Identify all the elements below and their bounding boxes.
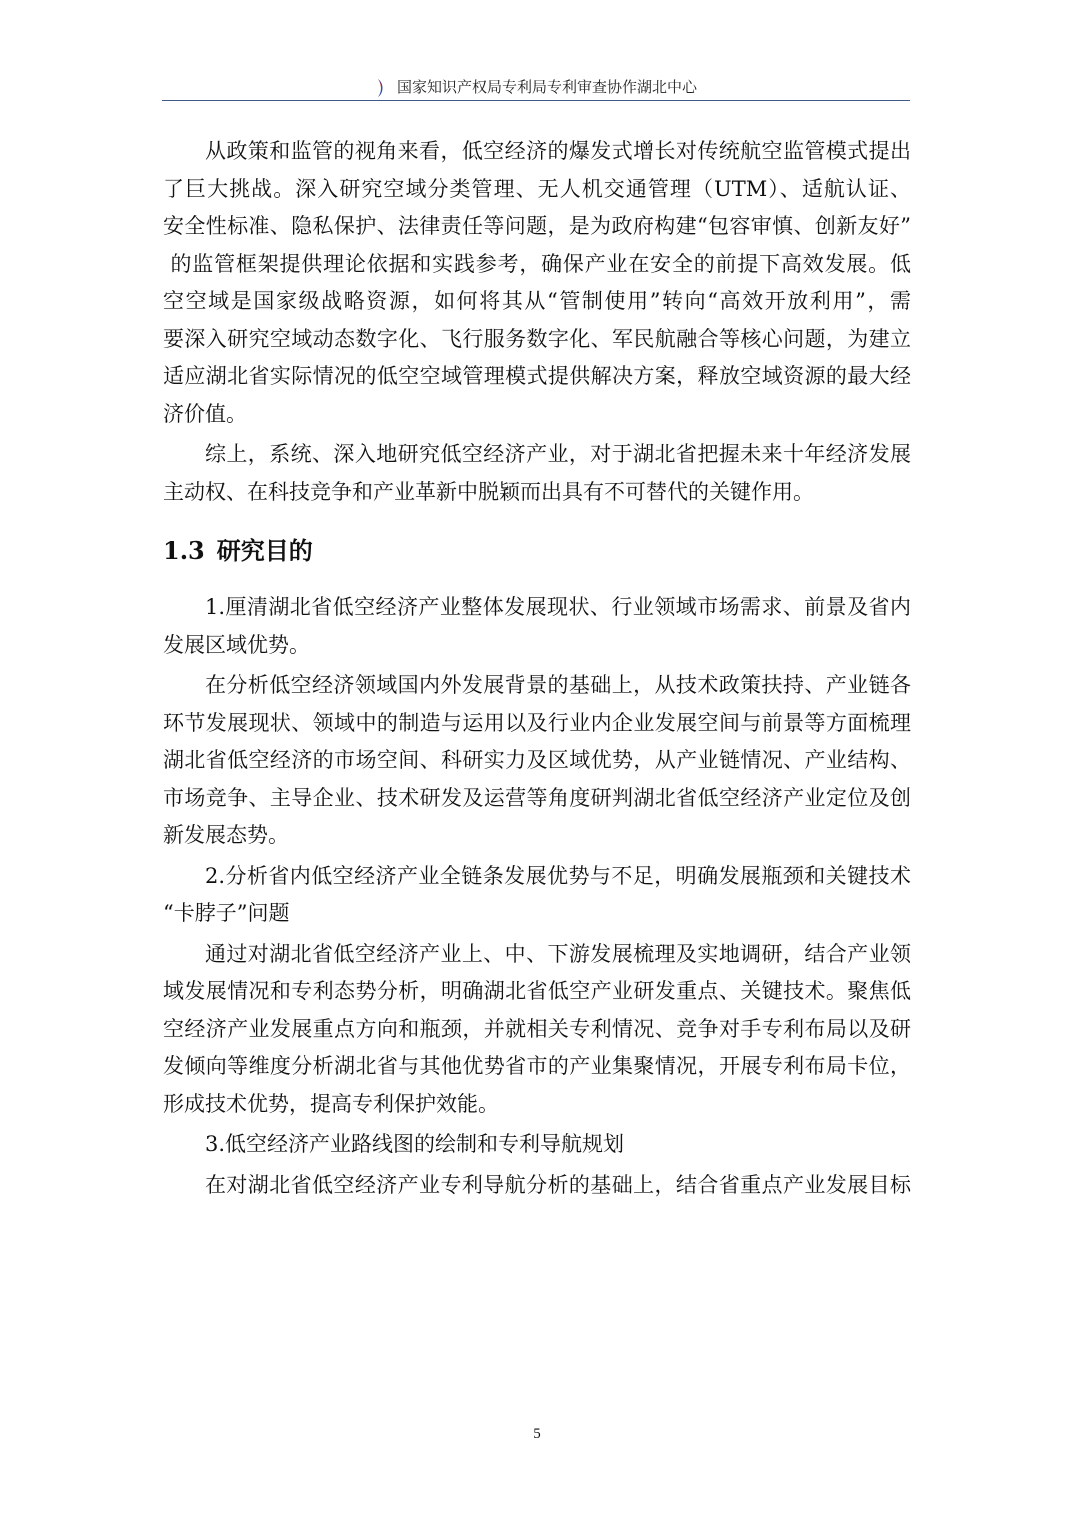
paragraph-goal-1-detail: 在分析低空经济领域国内外发展背景的基础上，从技术政策扶持、产业链各 环节发展现状… — [163, 667, 911, 855]
text-line: 环节发展现状、领域中的制造与运用以及行业内企业发展空间与前景等方面梳理 — [163, 705, 911, 743]
text-line: 了巨大挑战。深入研究空域分类管理、无人机交通管理（UTM）、适航认证、 — [163, 171, 911, 209]
paragraph-policy: 从政策和监管的视角来看，低空经济的爆发式增长对传统航空监管模式提出 了巨大挑战。… — [163, 133, 911, 433]
paragraph-goal-2: 2.分析省内低空经济产业全链条发展优势与不足，明确发展瓶颈和关键技术 “卡脖子”… — [163, 858, 911, 933]
text-line: 新发展态势。 — [163, 817, 911, 855]
header-title: 国家知识产权局专利局专利审查协作湖北中心 — [397, 78, 697, 96]
text-line: 市场竞争、主导企业、技术研发及运营等角度研判湖北省低空经济产业定位及创 — [163, 780, 911, 818]
text-line: 在分析低空经济领域国内外发展背景的基础上，从技术政策扶持、产业链各 — [163, 667, 911, 705]
text-line: 2.分析省内低空经济产业全链条发展优势与不足，明确发展瓶颈和关键技术 — [163, 858, 911, 896]
text-line: 的监管框架提供理论依据和实践参考，确保产业在安全的前提下高效发展。低 — [163, 246, 911, 284]
text-line: 从政策和监管的视角来看，低空经济的爆发式增长对传统航空监管模式提出 — [163, 133, 911, 171]
page-number: 5 — [0, 1426, 1074, 1443]
text-line: 形成技术优势，提高专利保护效能。 — [163, 1086, 911, 1124]
section-title: 研究目的 — [217, 537, 313, 565]
text-line: 要深入研究空域动态数字化、飞行服务数字化、军民航融合等核心问题，为建立 — [163, 321, 911, 359]
paragraph-goal-2-detail: 通过对湖北省低空经济产业上、中、下游发展梳理及实地调研，结合产业领 域发展情况和… — [163, 936, 911, 1124]
text-line: 发倾向等维度分析湖北省与其他优势省市的产业集聚情况，开展专利布局卡位， — [163, 1048, 911, 1086]
text-line: 空空域是国家级战略资源，如何将其从“管制使用”转向“高效开放利用”，需 — [163, 283, 911, 321]
text-line: 1.厘清湖北省低空经济产业整体发展现状、行业领域市场需求、前景及省内 — [163, 589, 911, 627]
paragraph-goal-3: 3.低空经济产业路线图的绘制和专利导航规划 — [163, 1126, 911, 1164]
text-line: 安全性标准、隐私保护、法律责任等问题，是为政府构建“包容审慎、创新友好” — [163, 208, 911, 246]
text-line: 空经济产业发展重点方向和瓶颈，并就相关专利情况、竞争对手专利布局以及研 — [163, 1011, 911, 1049]
cnipa-logo-icon — [375, 78, 387, 98]
header-content: 国家知识产权局专利局专利审查协作湖北中心 — [162, 76, 910, 98]
text-line: 湖北省低空经济的市场空间、科研实力及区域优势，从产业链情况、产业结构、 — [163, 742, 911, 780]
paragraph-goal-3-detail: 在对湖北省低空经济产业专利导航分析的基础上，结合省重点产业发展目标 — [163, 1167, 911, 1205]
text-line: 3.低空经济产业路线图的绘制和专利导航规划 — [163, 1126, 911, 1164]
header-divider — [162, 100, 910, 101]
text-line: 适应湖北省实际情况的低空空域管理模式提供解决方案，释放空域资源的最大经 — [163, 358, 911, 396]
text-line: 综上，系统、深入地研究低空经济产业，对于湖北省把握未来十年经济发展 — [163, 436, 911, 474]
page-header: 国家知识产权局专利局专利审查协作湖北中心 — [162, 70, 910, 100]
paragraph-summary: 综上，系统、深入地研究低空经济产业，对于湖北省把握未来十年经济发展 主动权、在科… — [163, 436, 911, 511]
text-line: 通过对湖北省低空经济产业上、中、下游发展梳理及实地调研，结合产业领 — [163, 936, 911, 974]
section-heading: 1.3研究目的 — [163, 531, 911, 571]
text-line: 济价值。 — [163, 396, 911, 434]
text-line: 域发展情况和专利态势分析，明确湖北省低空产业研发重点、关键技术。聚焦低 — [163, 973, 911, 1011]
text-line: 主动权、在科技竞争和产业革新中脱颖而出具有不可替代的关键作用。 — [163, 474, 911, 512]
document-body: 从政策和监管的视角来看，低空经济的爆发式增长对传统航空监管模式提出 了巨大挑战。… — [163, 133, 911, 1207]
section-number: 1.3 — [163, 536, 205, 565]
text-line: “卡脖子”问题 — [163, 895, 911, 933]
text-line: 发展区域优势。 — [163, 627, 911, 665]
text-line: 在对湖北省低空经济产业专利导航分析的基础上，结合省重点产业发展目标 — [163, 1167, 911, 1205]
paragraph-goal-1: 1.厘清湖北省低空经济产业整体发展现状、行业领域市场需求、前景及省内 发展区域优… — [163, 589, 911, 664]
